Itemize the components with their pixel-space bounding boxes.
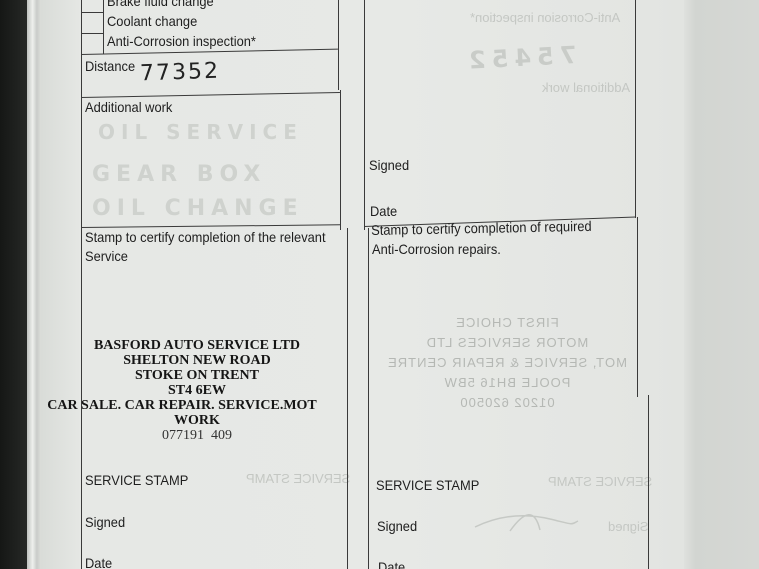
- checkbox-column-divider: [103, 0, 104, 54]
- checkbox-row-divider: [81, 12, 103, 13]
- distance-label: Distance: [85, 57, 135, 75]
- stamp-postcode: ST4 6EW: [62, 383, 332, 398]
- right-panel-right-border-top: [635, 0, 636, 218]
- checklist-item-brake-fluid: Brake fluid change: [107, 0, 214, 10]
- left-panel-right-border-top: [338, 0, 339, 90]
- stamp-company-name: BASFORD AUTO SERVICE LTD: [62, 338, 332, 353]
- ghost-service-stamp-left: SERVICE STAMP: [246, 471, 350, 486]
- stamp-heading-line1: Stamp to certify completion of the relev…: [85, 228, 326, 246]
- right-panel-right-border-mid: [637, 217, 638, 397]
- ghost-additional-work-text: Additional work: [542, 80, 630, 95]
- ghost-work-line-3: OIL CHANGE: [92, 196, 304, 221]
- ghost-reverse-stamp: FIRST CHOICE MOTOR SERVICES LTD MOT, SER…: [372, 313, 642, 413]
- service-stamp-label-left: SERVICE STAMP: [85, 471, 188, 489]
- ghost-signed-right: Signed: [608, 519, 648, 534]
- service-stamp-label-right: SERVICE STAMP: [376, 476, 479, 494]
- stamp-heading-line2: Service: [85, 247, 128, 265]
- ghost-stamp-line: MOTOR SERVICES LTD: [372, 333, 642, 353]
- distance-value-handwritten: 77352: [140, 59, 221, 87]
- stamp-services-cont: WORK: [62, 413, 332, 428]
- left-panel-right-border-mid: [340, 90, 341, 230]
- stamp-services: CAR SALE. CAR REPAIR. SERVICE.MOT: [32, 398, 332, 413]
- page-fold-shadow: [684, 0, 759, 569]
- left-panel-left-border: [81, 0, 82, 569]
- right-panel-right-border-bottom: [648, 395, 649, 569]
- ghost-signature-scribble: [470, 505, 580, 535]
- stamp-town: STOKE ON TRENT: [62, 368, 332, 383]
- ghost-work-line-1: OIL SERVICE: [98, 120, 303, 144]
- signed-label-left: Signed: [85, 513, 125, 531]
- checklist-item-anticorrosion: Anti-Corrosion inspection*: [107, 32, 256, 50]
- right-panel-left-border-bottom: [368, 228, 369, 569]
- stamp-street: SHELTON NEW ROAD: [62, 353, 332, 368]
- date-label-right-top: Date: [370, 202, 397, 220]
- left-panel-right-border-bottom: [347, 228, 348, 569]
- ghost-stamp-line: 01202 620500: [372, 393, 642, 413]
- booklet-binding: [27, 0, 41, 569]
- ghost-stamp-line: FIRST CHOICE: [372, 313, 642, 333]
- stamp-phone: 077191 409: [62, 428, 332, 443]
- date-label-right: Date: [378, 558, 405, 569]
- signed-label-right-top: Signed: [369, 156, 409, 174]
- ghost-distance-value: 75452: [462, 41, 577, 75]
- ghost-stamp-line: MOT, SERVICE & REPAIR CENTRE: [372, 353, 642, 373]
- additional-work-label: Additional work: [85, 98, 172, 116]
- date-label-left: Date: [85, 554, 112, 569]
- ghost-stamp-line: POOLE BH16 5BW: [372, 373, 642, 393]
- ghost-anticorrosion-text: Anti-Corrosion inspection*: [470, 10, 620, 25]
- right-stamp-heading-line2: Anti-Corrosion repairs.: [372, 240, 501, 258]
- garage-ink-stamp: BASFORD AUTO SERVICE LTD SHELTON NEW ROA…: [62, 338, 332, 443]
- checklist-item-coolant: Coolant change: [107, 12, 197, 30]
- ghost-service-stamp-right: SERVICE STAMP: [548, 474, 652, 489]
- checkbox-row-divider: [81, 33, 103, 34]
- right-panel-left-border-top: [364, 0, 365, 230]
- ghost-work-line-2: GEAR BOX: [92, 162, 266, 187]
- dark-background-edge: [0, 0, 27, 569]
- signed-label-right: Signed: [377, 517, 417, 535]
